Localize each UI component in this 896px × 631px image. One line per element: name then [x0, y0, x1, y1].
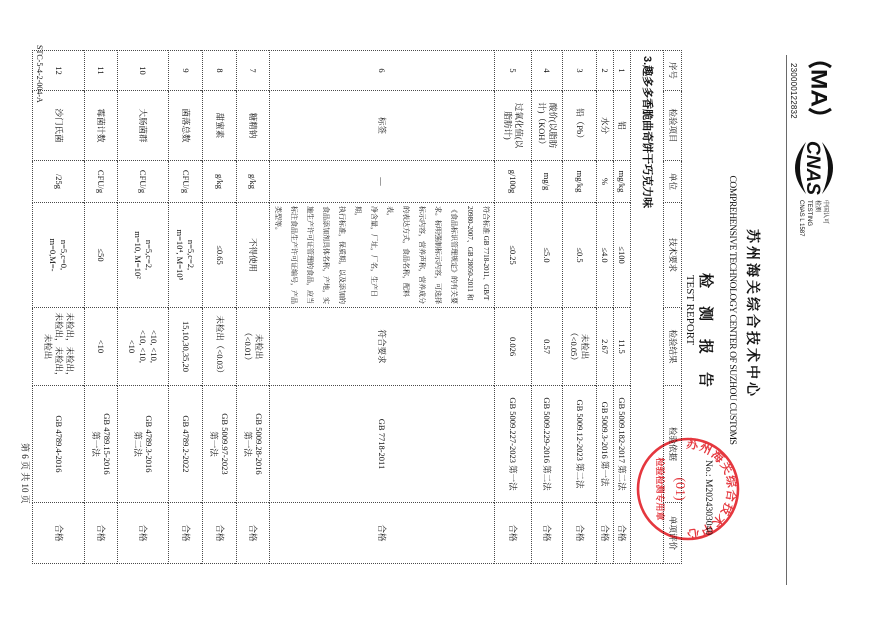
- cell-requirement: ≤50: [85, 203, 118, 308]
- report-title-en: TEST REPORT: [684, 250, 696, 370]
- cell-verdict: 合格: [597, 503, 614, 564]
- header-divider: [786, 55, 787, 585]
- cell-item: 标签: [270, 91, 495, 161]
- cell-no: 5: [495, 51, 532, 91]
- cell-no: 11: [85, 51, 118, 91]
- cell-item: 菌落总数: [169, 91, 203, 161]
- cell-method: GB 5009.182-2017 第二法: [614, 386, 631, 503]
- cell-verdict: 合格: [532, 503, 563, 564]
- ma-logo-text: MA: [807, 69, 832, 107]
- cell-method: GB 4789.2-2022: [169, 386, 203, 503]
- cell-verdict: 合格: [614, 503, 631, 564]
- cell-result: 15,10,30,35,20: [169, 308, 203, 386]
- cell-requirement: ≤4.0: [597, 203, 614, 308]
- cell-result: <10, <10, <10, <10, <10: [118, 308, 169, 386]
- cell-result: 未检出 （<0.01）: [237, 308, 270, 386]
- cell-item: 霉菌计数: [85, 91, 118, 161]
- cnas-caption-line: 检测: [813, 200, 821, 236]
- report-title-cn: 检测报告: [696, 255, 717, 385]
- cell-unit: mg/kg: [614, 161, 631, 203]
- cell-method: GB 5009.227-2023 第一法: [495, 386, 532, 503]
- test-results-table: 序号 检验项目 单位 技术要求 检验结果 检验依据 单项评价 3.趣多多香脆曲奇…: [32, 50, 682, 564]
- cell-requirement: ≤0.65: [203, 203, 237, 308]
- cell-requirement: ≤0.5: [563, 203, 597, 308]
- cell-method: GB 5009.229-2016 第二法: [532, 386, 563, 503]
- table-row: 10大肠菌群CFU/gn=5,c=2, m=10, M=10²<10, <10,…: [118, 51, 169, 564]
- cell-requirement: n=5,c=2, m=10, M=10²: [118, 203, 169, 308]
- cell-result: 符合要求: [270, 308, 495, 386]
- seal-arc-text: 苏州海关综合技术中心: [685, 436, 740, 542]
- column-header-item: 检验项目: [664, 91, 682, 161]
- cell-item: 大肠菌群: [118, 91, 169, 161]
- seal-center-text: (01): [672, 477, 687, 501]
- page-indicator: 第 6 页 共 10 页: [19, 443, 32, 504]
- cma-certificate-number: 230000122832: [789, 63, 798, 119]
- official-seal-icon: 苏州海关综合技术中心 (01) 检验检测专用章: [635, 436, 741, 542]
- column-header-unit: 单位: [664, 161, 682, 203]
- cell-requirement: ≤100: [614, 203, 631, 308]
- table-row: 1铝mg/kg≤10011.5GB 5009.182-2017 第二法合格: [614, 51, 631, 564]
- table-row: 6标签—符合标准 GB 7718-2011、GB/T 20980-2007、GB…: [270, 51, 495, 564]
- cell-verdict: 合格: [270, 503, 495, 564]
- cell-requirement: ≤0.25: [495, 203, 532, 308]
- svg-text:苏州海关综合技术中心: 苏州海关综合技术中心: [685, 436, 740, 542]
- cell-requirement: n=5,c=0, m=0,M=-: [33, 203, 85, 308]
- cell-unit: g/kg: [237, 161, 270, 203]
- cnas-caption-line: CNAS L 1587: [797, 200, 805, 236]
- cnas-caption: 中国认可 检测 TESTING CNAS L 1587: [797, 200, 829, 236]
- cell-result: 未检出 （<0.05）: [563, 308, 597, 386]
- cell-item: 水分: [597, 91, 614, 161]
- cell-method: GB 7718-2011: [270, 386, 495, 503]
- cell-verdict: 合格: [495, 503, 532, 564]
- column-header-result: 检验结果: [664, 308, 682, 386]
- seal-text: 苏州海关综合技术中心 (01) 检验检测专用章: [655, 436, 740, 542]
- cell-result: 未检出（<0.03）: [203, 308, 237, 386]
- cell-result: 0.57: [532, 308, 563, 386]
- cell-item: 铅（Pb）: [563, 91, 597, 161]
- column-header-no: 序号: [664, 51, 682, 91]
- cnas-logo-icon: CNAS: [791, 138, 837, 198]
- cell-no: 1: [614, 51, 631, 91]
- organization-name-en: COMPREHENSIVE TECHNOLOGY CENTER OF SUZHO…: [727, 150, 738, 470]
- cell-requirement: 符合标准 GB 7718-2011、GB/T 20980-2007、GB 280…: [270, 203, 495, 308]
- cell-no: 7: [237, 51, 270, 91]
- cnas-caption-line: TESTING: [805, 200, 813, 236]
- cell-result: 11.5: [614, 308, 631, 386]
- cell-requirement: n=5,c=2, m=10⁴, M=10⁵: [169, 203, 203, 308]
- cell-verdict: 合格: [203, 503, 237, 564]
- table-row: 9菌落总数CFU/gn=5,c=2, m=10⁴, M=10⁵15,10,30,…: [169, 51, 203, 564]
- cell-verdict: 合格: [118, 503, 169, 564]
- cell-result: 2.67: [597, 308, 614, 386]
- cell-result: 0.026: [495, 308, 532, 386]
- table-row: 7糖精钠g/kg不得使用未检出 （<0.01）GB 5009.28-2016 第…: [237, 51, 270, 564]
- cell-item: 甜蜜素: [203, 91, 237, 161]
- cell-method: GB 4789.3-2016 第二法: [118, 386, 169, 503]
- cell-item: 铝: [614, 91, 631, 161]
- organization-name-cn: 苏州海关综合技术中心: [743, 200, 763, 425]
- cell-unit: CFU/g: [118, 161, 169, 203]
- cell-unit: /25g: [33, 161, 85, 203]
- form-code: STC-5-4-2-004-A: [35, 45, 44, 103]
- cell-verdict: 合格: [169, 503, 203, 564]
- cell-no: 2: [597, 51, 614, 91]
- cnas-logo-text: CNAS: [802, 141, 823, 195]
- cell-requirement: ≤5.0: [532, 203, 563, 308]
- cell-unit: g/kg: [203, 161, 237, 203]
- cell-no: 3: [563, 51, 597, 91]
- table-row: 3铅（Pb）mg/kg≤0.5未检出 （<0.05）GB 5009.12-202…: [563, 51, 597, 564]
- cell-unit: mg/kg: [563, 161, 597, 203]
- report-page: MA 230000122832 CNAS 中国认可 检测 TESTING CNA…: [0, 0, 896, 631]
- cnas-caption-line: 中国认可: [821, 200, 829, 236]
- table-row: 4酸价(以脂肪 计)（KOH）mg/g≤5.00.57GB 5009.229-2…: [532, 51, 563, 564]
- cell-method: GB 4789.15-2016 第一法: [85, 386, 118, 503]
- cell-item: 酸价(以脂肪 计)（KOH）: [532, 91, 563, 161]
- cell-no: 4: [532, 51, 563, 91]
- cell-requirement: 不得使用: [237, 203, 270, 308]
- table-row: 8甜蜜素g/kg≤0.65未检出（<0.03）GB 5009.97-2023 第…: [203, 51, 237, 564]
- cell-unit: CFU/g: [85, 161, 118, 203]
- table-row: 11霉菌计数CFU/g≤50<10GB 4789.15-2016 第一法合格: [85, 51, 118, 564]
- cell-unit: CFU/g: [169, 161, 203, 203]
- column-header-requirement: 技术要求: [664, 203, 682, 308]
- cell-method: GB 5009.12-2023 第二法: [563, 386, 597, 503]
- cma-logo-icon: MA: [807, 58, 833, 118]
- cell-result: 未检出，未检出， 未检出，未检出， 未检出: [33, 308, 85, 386]
- cell-method: GB 5009.97-2023 第一法: [203, 386, 237, 503]
- table-row: 12沙门氏菌/25gn=5,c=0, m=0,M=-未检出，未检出， 未检出，未…: [33, 51, 85, 564]
- cell-no: 10: [118, 51, 169, 91]
- cell-verdict: 合格: [33, 503, 85, 564]
- table-row: 5过氧化值(以 脂肪计)g/100g≤0.250.026GB 5009.227-…: [495, 51, 532, 564]
- cell-unit: %: [597, 161, 614, 203]
- cell-verdict: 合格: [237, 503, 270, 564]
- cell-verdict: 合格: [85, 503, 118, 564]
- cell-method: GB 5009.3-2016 第一法: [597, 386, 614, 503]
- seal-bottom-text: 检验检测专用章: [655, 457, 666, 520]
- cell-verdict: 合格: [563, 503, 597, 564]
- cell-method: GB 4789.4-2016: [33, 386, 85, 503]
- cell-no: 9: [169, 51, 203, 91]
- table-row: 2水分%≤4.02.67GB 5009.3-2016 第一法合格: [597, 51, 614, 564]
- cell-method: GB 5009.28-2016 第一法: [237, 386, 270, 503]
- cell-unit: mg/g: [532, 161, 563, 203]
- cell-no: 8: [203, 51, 237, 91]
- cell-result: <10: [85, 308, 118, 386]
- cell-unit: g/100g: [495, 161, 532, 203]
- cell-item: 过氧化值(以 脂肪计): [495, 91, 532, 161]
- cell-item: 糖精钠: [237, 91, 270, 161]
- cell-no: 6: [270, 51, 495, 91]
- cell-unit: —: [270, 161, 495, 203]
